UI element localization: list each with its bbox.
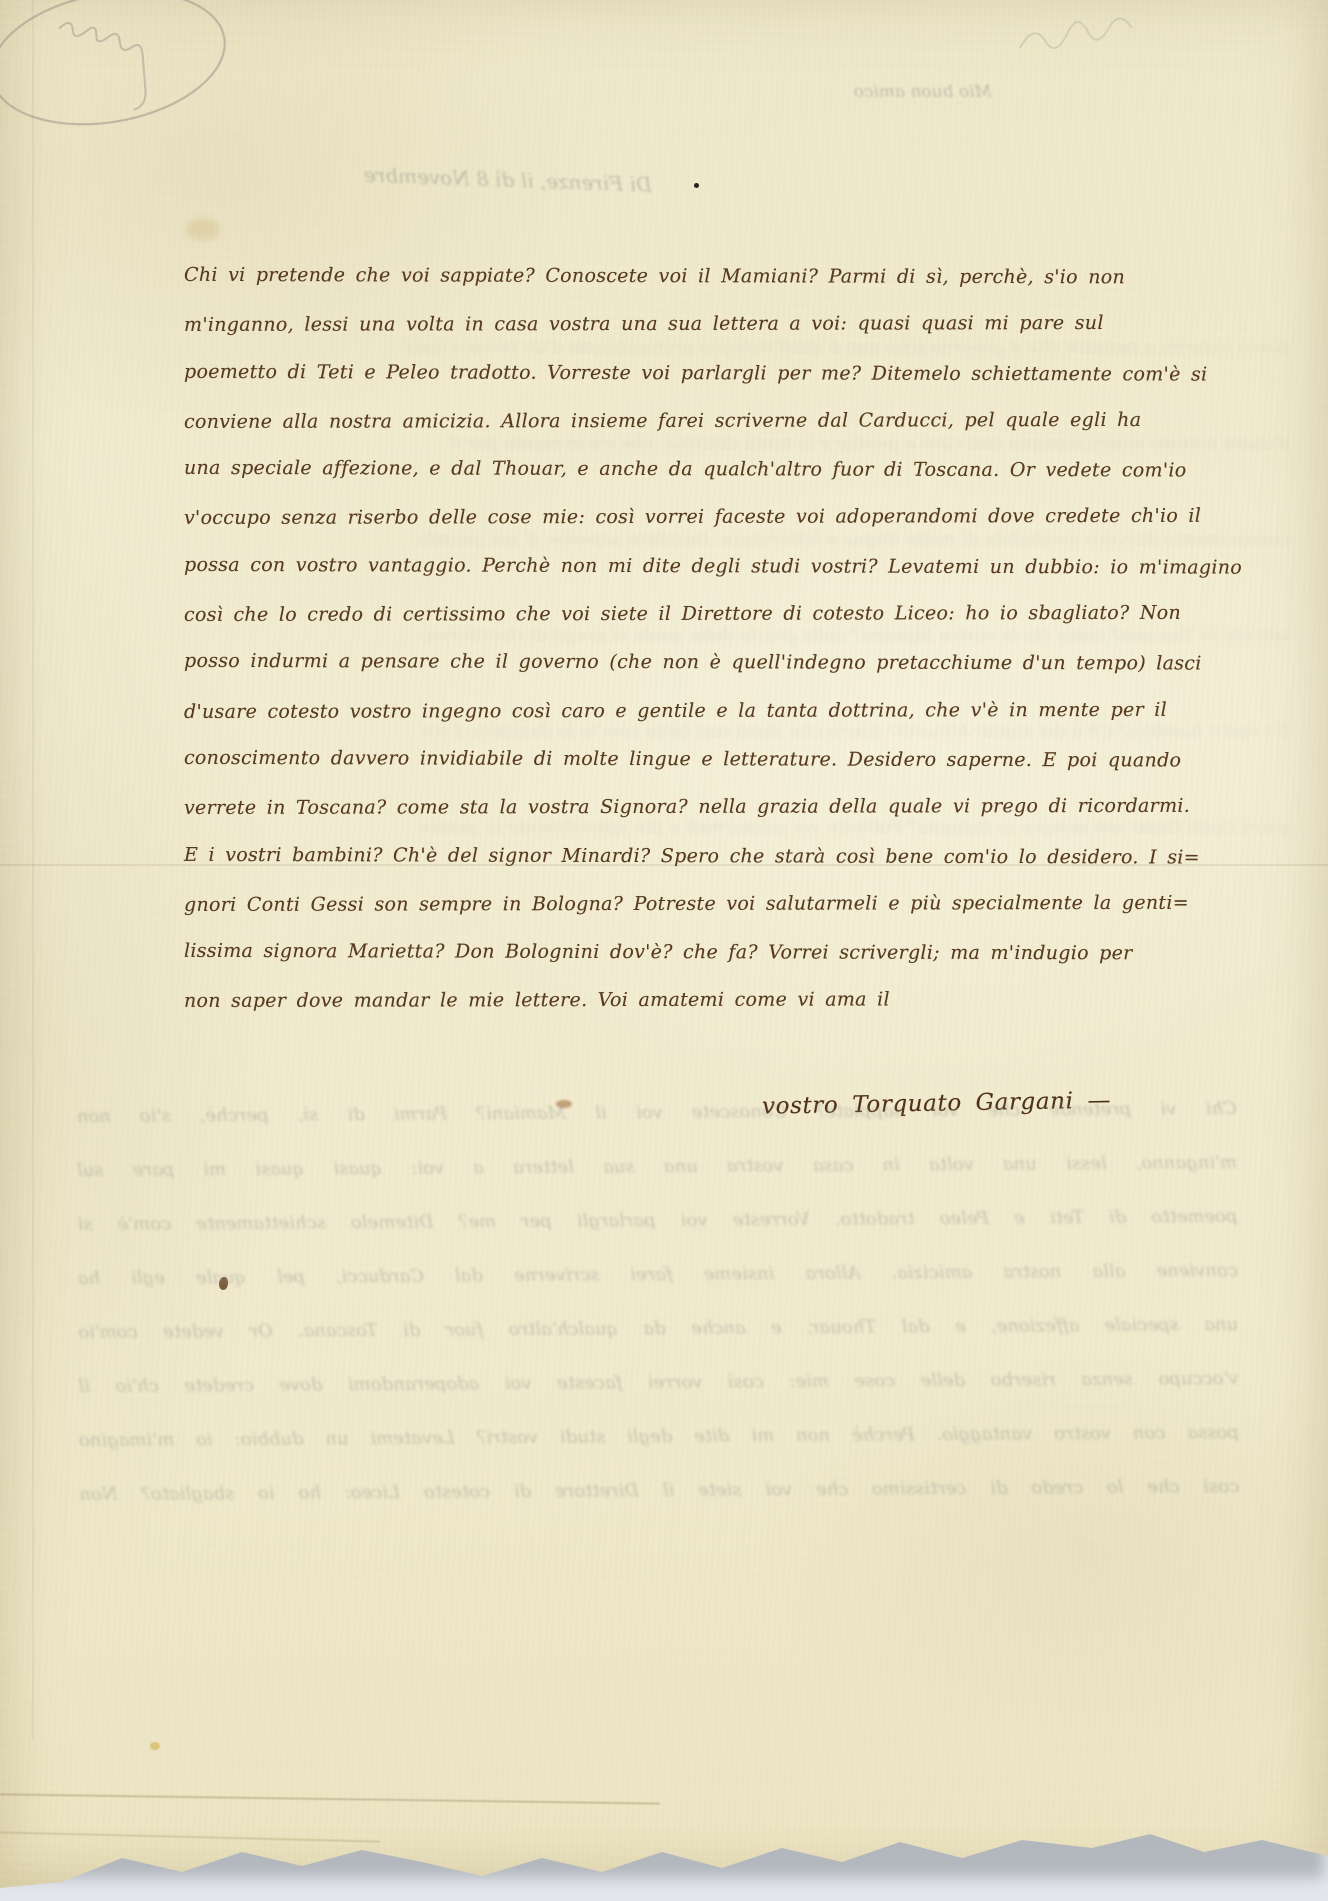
bottom-fold-line [0,1793,660,1804]
letter-line: poemetto di Teti e Peleo tradotto. Vorre… [184,347,1068,398]
letter-line: possa con vostro vantaggio. Perchè non m… [184,541,1068,592]
letter-line: così che lo credo di certissimo che voi … [184,589,1068,639]
showthrough-line: conviene alla nostra amicizia. Allora in… [78,1244,1238,1306]
showthrough-greeting: Mio buon amico [756,82,992,102]
pencil-oval [0,0,235,142]
bottom-corner-fold-line [0,1831,380,1842]
showthrough-line: m'inganno, lessi una volta in casa vostr… [77,1136,1237,1198]
pencil-corner-mark [1010,8,1170,78]
letter-body: Chi vi pretende che voi sappiate? Conosc… [184,252,1068,1025]
showthrough-line: possa con vostro vantaggio. Perchè non m… [79,1406,1239,1468]
letter-paper-sheet: Mio buon amico Di Firenze, il dì 8 Novem… [0,0,1328,1896]
letter-line: E i vostri bambini? Ch'è del signor Mina… [184,830,1068,881]
pencil-squiggle [1020,18,1132,48]
signature: vostro Torquato Gargani — [762,1086,1182,1119]
letter-line: verrete in Toscana? come sta la vostra S… [184,782,1068,832]
letter-line: gnori Conti Gessi son sempre in Bologna?… [184,879,1068,929]
scanned-letter-page: { "document": { "type": "handwritten man… [0,0,1328,1901]
letter-line: v'occupo senza riserbo delle cose mie: c… [184,493,1068,543]
showthrough-line: una speciale affezione, e dal Thouar, e … [78,1298,1238,1360]
letter-line: conviene alla nostra amicizia. Allora in… [184,396,1068,446]
letter-line: Chi vi pretende che voi sappiate? Conosc… [184,251,1068,302]
brown-fleck [219,1277,228,1290]
letter-line: conoscimento davvero invidiabile di molt… [184,734,1068,785]
letter-line: posso indurmi a pensare che il governo (… [184,637,1068,688]
yellow-fleck [150,1742,160,1750]
letter-line: lissima signora Marietta? Don Bolognini … [184,927,1068,978]
showthrough-line: poemetto di Teti e Peleo tradotto. Vorre… [77,1190,1237,1252]
showthrough-lower-block: Chi vi pretende che voi sappiate? Conosc… [77,1082,1240,1522]
pencil-oval-annotation [0,0,246,146]
left-vertical-crease [32,0,34,1740]
pencil-scribble [42,17,161,112]
showthrough-dateline: Di Firenze, il dì 8 Novembre [382,163,653,196]
letter-line: non saper dove mandar le mie lettere. Vo… [184,976,1068,1026]
paper-stain [186,218,220,240]
ink-speck [694,183,699,188]
showthrough-line: così che lo credo di certissimo che voi … [79,1460,1239,1522]
letter-line: d'usare cotesto vostro ingegno così caro… [184,686,1068,736]
letter-line: una speciale affezione, e dal Thouar, e … [184,444,1068,495]
rust-spot [556,1100,572,1108]
letter-line: m'inganno, lessi una volta in casa vostr… [184,299,1068,349]
showthrough-line: v'occupo senza riserbo delle cose mie: c… [78,1352,1238,1414]
